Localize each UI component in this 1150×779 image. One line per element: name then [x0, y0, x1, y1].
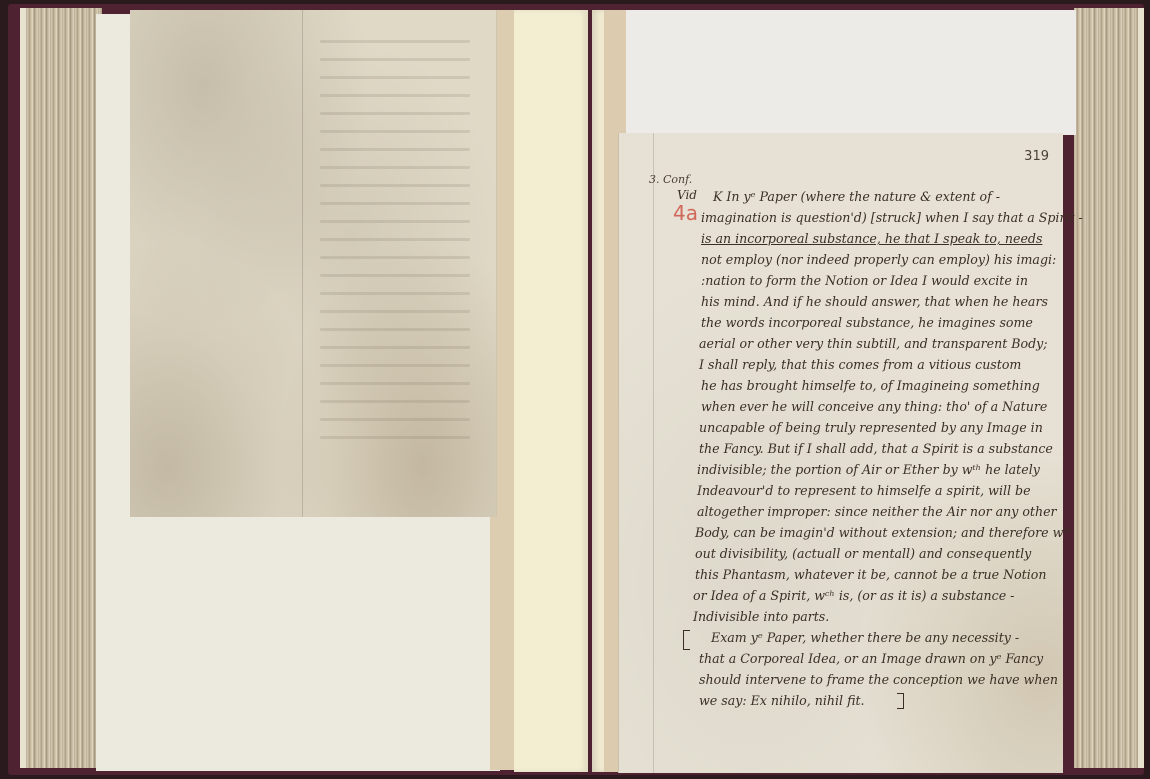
bracket-close: [897, 693, 904, 709]
page-edges-right: [1074, 8, 1144, 768]
text-line: altogether improper: since neither the A…: [697, 504, 1057, 519]
folio-number: 319: [1024, 149, 1049, 164]
text-line: not employ (nor indeed properly can empl…: [701, 252, 1056, 267]
show-through-text: [320, 364, 470, 367]
text-line: when ever he will conceive any thing: th…: [701, 399, 1047, 414]
show-through-text: [320, 292, 470, 295]
show-through-text: [320, 310, 470, 313]
show-through-text: [320, 58, 470, 61]
text-line: Body, can be imagin'd without extension;…: [695, 525, 1072, 540]
margin-number: 4a: [673, 201, 698, 225]
text-line: :nation to form the Notion or Idea I wou…: [701, 273, 1028, 288]
text-line: out divisibility, (actuall or mentall) a…: [695, 546, 1031, 561]
fold-line: [302, 10, 303, 517]
show-through-text: [320, 418, 470, 421]
mount-sheet-right: [626, 10, 1076, 135]
bracket-open: [683, 630, 690, 650]
text-line: his mind. And if he should answer, that …: [701, 294, 1048, 309]
text-line: imagination is question'd) [struck] when…: [701, 210, 1083, 225]
gutter-fold-left: [514, 10, 588, 772]
show-through-text: [320, 220, 470, 223]
text-line: we say: Ex nihilo, nihil fit.: [699, 693, 865, 708]
text-line: is an incorporeal substance, he that I s…: [701, 231, 1042, 246]
shelf-note: 3. Conf.: [649, 173, 692, 186]
show-through-text: [320, 238, 470, 241]
text-line: the Fancy. But if I shall add, that a Sp…: [699, 441, 1053, 456]
text-line: Indeavour'd to represent to himselfe a s…: [697, 483, 1031, 498]
show-through-text: [320, 40, 470, 43]
show-through-text: [320, 148, 470, 151]
show-through-text: [320, 94, 470, 97]
text-line: this Phantasm, whatever it be, cannot be…: [695, 567, 1046, 582]
text-line: Exam yᵉ Paper, whether there be any nece…: [711, 630, 1019, 645]
show-through-text: [320, 166, 470, 169]
verso-leaf: [130, 10, 497, 517]
text-line: that a Corporeal Idea, or an Image drawn…: [699, 651, 1043, 666]
show-through-text: [320, 436, 470, 439]
text-line: indivisible; the portion of Air or Ether…: [697, 462, 1040, 477]
show-through-text: [320, 184, 470, 187]
margin-reference: Vid: [677, 188, 697, 202]
text-line: or Idea of a Spirit, wᶜʰ is, (or as it i…: [693, 588, 1014, 603]
show-through-text: [320, 328, 470, 331]
show-through-text: [320, 112, 470, 115]
show-through-text: [320, 274, 470, 277]
text-line: should intervene to frame the conception…: [699, 672, 1058, 687]
show-through-text: [320, 400, 470, 403]
show-through-text: [320, 76, 470, 79]
show-through-text: [320, 130, 470, 133]
margin-rule: [653, 133, 654, 773]
show-through-text: [320, 346, 470, 349]
text-line: K In yᵉ Paper (where the nature & extent…: [713, 189, 1000, 204]
text-line: I shall reply, that this comes from a vi…: [699, 357, 1021, 372]
show-through-text: [320, 382, 470, 385]
text-line: aerial or other very thin subtill, and t…: [699, 336, 1048, 351]
manuscript-leaf: 319 3. Conf. Vid 4a K In yᵉ Paper (where…: [618, 133, 1063, 773]
page-edges-left: [20, 8, 102, 768]
show-through-text: [320, 256, 470, 259]
show-through-text: [320, 202, 470, 205]
text-line: he has brought himselfe to, of Imaginein…: [701, 378, 1040, 393]
text-line: Indivisible into parts.: [693, 609, 829, 624]
text-line: the words incorporeal substance, he imag…: [701, 315, 1033, 330]
text-line: uncapable of being truly represented by …: [699, 420, 1043, 435]
